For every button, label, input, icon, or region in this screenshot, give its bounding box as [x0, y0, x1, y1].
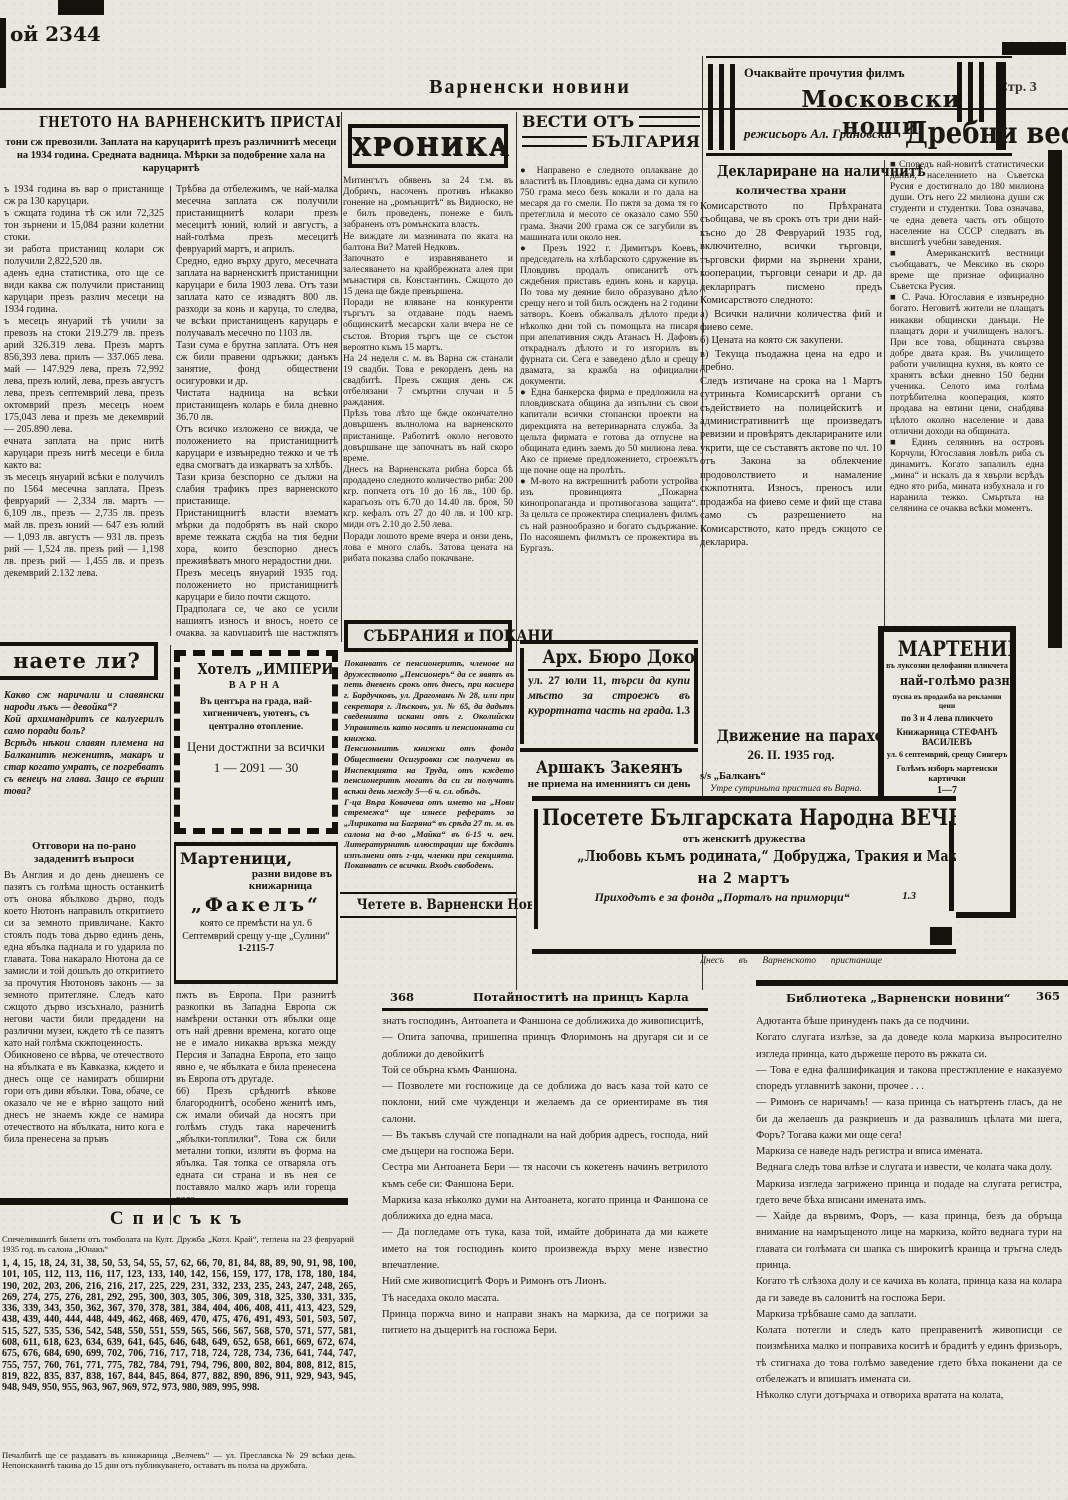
meetings-body: Поканватъ се пенсионеритѣ, членове на др… [344, 658, 514, 888]
read-newspaper-banner: Четете в. Варненски Новини [340, 892, 516, 918]
ships-header: Движение на параходитѣ 26. II. 1935 год. [700, 726, 882, 764]
fakel-ad-body: която се премѣсти на ул. 6 Септемврий ср… [180, 918, 332, 956]
hotel-ad-body: Въ центъра на града, най-хигиениченъ, ую… [183, 696, 329, 733]
winners-list-footer: Печалбитѣ ще се раздаватъ въ книжарница … [2, 1450, 356, 1484]
did-you-know-questions: Какво сж наричали и славянски народи лък… [4, 690, 164, 838]
masthead-title: Варненски новини [360, 76, 700, 99]
folk-evening-ad: Посетете Българската Народна ВЕЧЕРЬ Уреж… [532, 796, 956, 954]
declaration-subtitle: количества храни [736, 185, 847, 197]
bulgaria-news-header: ВЕСТИ ОТЪ БЪЛГАРИЯ [522, 112, 700, 151]
scan-artifact [1002, 42, 1066, 55]
short-news-body: ■ Споредъ най-новитѣ статистически данни… [890, 160, 1044, 624]
fakel-ad-line: разни видове въ [180, 868, 332, 880]
column-divider [170, 645, 171, 1225]
header-rule-decor [639, 116, 700, 127]
ad-reference: 1—7 [886, 785, 1008, 796]
carters-article-headline: ГНЕТОТО НА ВАРНЕНСКИТѢ ПРИСТАНИЩНИ КАРУЦ… [2, 114, 340, 132]
arshak-name: Аршакъ Закеянъ [536, 758, 683, 778]
did-you-know-answer-col2: пжть въ Европа. При разнитѣ разкопки въ … [176, 990, 336, 1224]
decor-square [930, 927, 952, 945]
column-divider [884, 160, 885, 648]
novel-library-label: Библиотека „Варненски новини“ [786, 991, 1011, 1005]
martenici-line: въ луксозни целофанни пликчета [886, 661, 1008, 670]
decor-bar [949, 821, 954, 911]
martenici-line: най-голѣмо разнообразие [900, 674, 1016, 689]
winners-list-title: Списъкъ [110, 1208, 250, 1229]
short-news-title-wrap: Дребни вести [888, 116, 1056, 151]
novel-left-page-number: 368 [390, 990, 414, 1004]
ad-reference: 1-2115-7 [238, 943, 274, 954]
foreign-ships-body: Днесъ въ Варненското пристанище пръстигн… [700, 956, 882, 966]
fakel-ad: Мартеници, разни видове въ книжарница „Ф… [174, 842, 338, 984]
ad-reference: 1.3 [676, 704, 690, 719]
fakel-ad-lead: Мартеници, [180, 849, 332, 868]
decor-bar [534, 809, 538, 929]
ad-reference: 1.3 [902, 890, 916, 905]
did-you-know-title: наете ли? [13, 648, 141, 673]
hotel-ad: Хотелъ „ИМПЕРИАЛЪ“ ВАРНА Въ центъра на г… [174, 650, 338, 834]
declaration-body: Комисарството по Прѣхраната съобщава, че… [700, 200, 882, 720]
martenici-title: МАРТЕНИЦИ [898, 636, 1016, 661]
novel-right-body: Адютанта бѣше принуденъ пакъ да се подчи… [756, 1014, 1062, 1500]
chronicle-title: ХРОНИКА [352, 132, 510, 161]
fakel-ad-line: книжарница [180, 880, 312, 892]
issue-number: ой 2344 [10, 22, 101, 46]
masthead-title-text: Варненски новини [429, 76, 631, 98]
evening-fund: Приходътъ е за фонда „Порталъ на приморц… [542, 890, 902, 905]
ships-date: 26. II. 1935 год. [748, 747, 835, 762]
hotel-ad-prices: Цени достжпни за всички [183, 740, 329, 755]
bulgaria-news-body: ● Направено е следното оплакване до влас… [520, 166, 698, 636]
carters-article-subhead: тони сж превозили. Заплата на каруцаритѣ… [4, 136, 338, 178]
evening-headline: Посетете Българската Народна ВЕЧЕРЬ [542, 805, 956, 831]
arch-bureau-ad: Арх. Бюро Доковъ ул. 27 юли 11, търси да… [520, 640, 698, 752]
carters-article-col1: ъ 1934 година въ вар о пристанище сж ра … [4, 184, 164, 636]
meetings-section-header: СЪБРАНИЯ и ПОКАНИ [344, 620, 512, 652]
section-rule [0, 1198, 348, 1205]
martenici-line: пусна въ продажба на рекламни цени [886, 692, 1008, 710]
column-divider [516, 112, 517, 990]
winners-list-title-wrap: Списъкъ [40, 1208, 320, 1230]
winners-list-numbers: 1, 4, 15, 18, 24, 31, 38, 50, 53, 54, 55… [2, 1258, 356, 1448]
evening-societies: „Любовь къмъ родината,“ Добруджа, Тракия… [577, 848, 956, 865]
scan-artifact [58, 0, 104, 15]
bulgaria-news-title-1: ВЕСТИ ОТЪ [522, 112, 634, 131]
arch-bureau-title: Арх. Бюро Доковъ [542, 646, 698, 668]
column-divider [341, 112, 342, 642]
did-you-know-answer-col1: Въ Англия и до день днешенъ се пазятъ съ… [4, 870, 164, 1224]
novel-right-header: Библиотека „Варненски новини“ 365 [756, 980, 1068, 1007]
novel-left-header: 368 Потайноститѣ на принцъ Карла [382, 988, 708, 1011]
carters-article-col2: Трѣбва да отбележимъ, че най-малка месеч… [176, 184, 338, 636]
martenici-address: ул. 6 септемврий, срещу Сингеръ [886, 750, 1008, 759]
arshak-body: не приема на именниятъ си день [520, 778, 698, 792]
winners-list-intro: Спечелившитѣ билети отъ томболата на Кул… [2, 1234, 354, 1256]
did-you-know-box: наете ли? [0, 642, 158, 680]
bulgaria-news-title-2: БЪЛГАРИЯ [592, 132, 700, 151]
novel-title: Потайноститѣ на принцъ Карла [473, 990, 689, 1004]
martenici-line: Голѣмъ изборъ мартенски картички [886, 763, 1008, 783]
ad-reference: 1 — 2091 — 30 [183, 760, 329, 776]
hotel-ad-city: ВАРНА [183, 680, 329, 691]
novel-left-body: знатъ господинъ, Антоапета и Фаншона се … [382, 1014, 708, 1500]
fakel-ad-title: „Факелъ“ [191, 894, 321, 916]
ship-entry: s/s „Балканъ“Утре сутриньта пристига въ … [700, 766, 882, 795]
short-news-title: Дребни вести [905, 116, 1068, 151]
evening-date: на 2 мартъ [542, 868, 946, 888]
arch-bureau-seeks: търси [612, 675, 644, 687]
novel-right-page-number: 365 [1036, 989, 1060, 1003]
answers-heading: Отговори на по-рано зададенитѣ въпроси [4, 840, 164, 868]
header-rule-decor [522, 136, 587, 147]
chronicle-section-header: ХРОНИКА [348, 124, 508, 168]
scan-artifact [0, 18, 6, 88]
movie-ad-lead: Очаквайте прочутия филмъ [744, 66, 905, 81]
evening-societies-lead: отъ женскитѣ дружества [542, 833, 946, 845]
column-divider [170, 186, 171, 636]
decor-bar [1048, 150, 1062, 648]
declaration-header: Деклариране на наличнитѣ количества хран… [700, 162, 882, 199]
martenici-bookstore: Книжарница СТЕФАНЪ ВАСИЛЕВЪ [886, 727, 1008, 747]
movie-ad-director: режисьоръ Ал. Грановски [744, 126, 892, 142]
chronicle-body: Митингътъ обявенъ за 24 т.м. въ Добричъ,… [343, 176, 513, 618]
arch-bureau-address: ул. 27 юли 11, [528, 675, 606, 687]
decor-bar [520, 648, 524, 744]
newspaper-page: ой 2344 Варненски новини Стр. 3 ГНЕТОТО … [0, 0, 1068, 1500]
hotel-ad-title: Хотелъ „ИМПЕРИАЛЪ“ [197, 660, 338, 678]
decor-bars-left [708, 64, 735, 150]
martenici-line: по 3 и 4 лева пликчето [886, 713, 1008, 723]
